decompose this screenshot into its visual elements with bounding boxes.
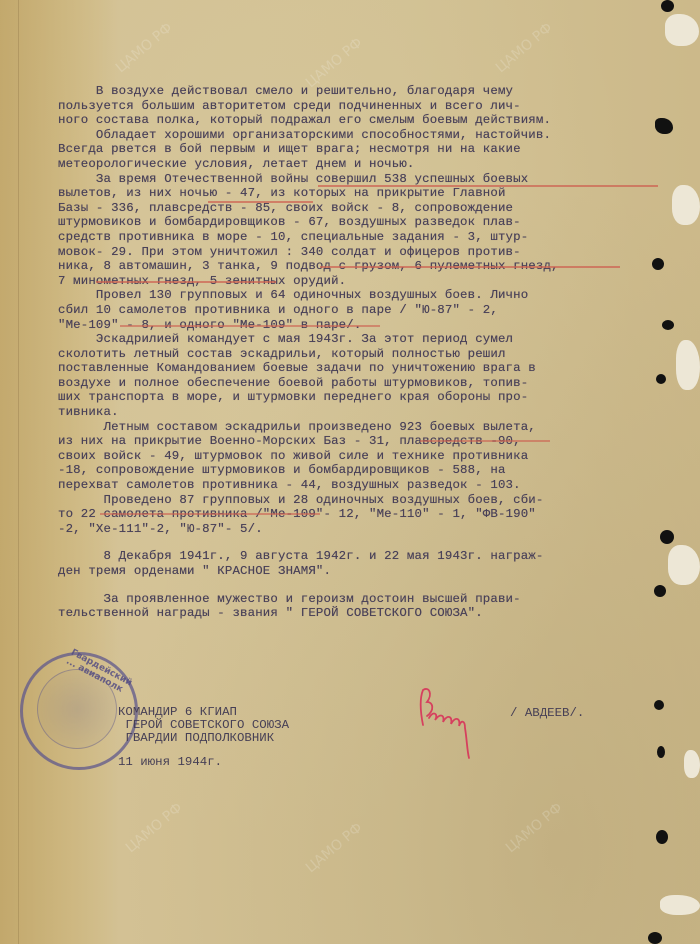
paragraph-squadron-results: Летным составом эскадрильи произведено 9…	[58, 420, 698, 537]
red-underline	[96, 281, 276, 283]
text-line: -2, "Хе-111"-2, "Ю-87"- 5/.	[58, 522, 698, 537]
punch-hole	[648, 932, 662, 944]
red-underline	[208, 201, 313, 203]
text-line: Всегда рвется в бой первым и ищет врага;…	[58, 142, 698, 157]
text-line: За проявленное мужество и героизм достои…	[58, 592, 698, 607]
text-line: ден тремя орденами " КРАСНОЕ ЗНАМЯ".	[58, 564, 698, 579]
red-underline	[318, 185, 658, 187]
signer-name: / АВДЕЕВ/.	[510, 706, 584, 720]
punch-hole	[654, 700, 664, 710]
paragraph-conduct: В воздухе действовал смело и решительно,…	[58, 84, 698, 172]
handwritten-signature	[415, 680, 495, 760]
text-line: вылетов, из них ночью - 47, из которых н…	[58, 186, 698, 201]
text-line: своих войск - 49, штурмовок по живой сил…	[58, 449, 698, 464]
paragraph-recommendation: За проявленное мужество и героизм достои…	[58, 592, 698, 621]
text-line: Эскадрилией командует с мая 1943г. За эт…	[58, 332, 698, 347]
text-line: Проведено 87 групповых и 28 одиночных во…	[58, 493, 698, 508]
text-line: В воздухе действовал смело и решительно,…	[58, 84, 698, 99]
text-line: Провел 130 групповых и 64 одиночных возд…	[58, 288, 698, 303]
text-line: поставленные Командованием боевые задачи…	[58, 361, 698, 376]
signature-block: КОМАНДИР 6 КГИАП ГЕРОЙ СОВЕТСКОГО СОЮЗА …	[118, 706, 289, 745]
red-underline	[100, 513, 320, 515]
text-line: пользуется большим авторитетом среди под…	[58, 99, 698, 114]
text-line: средств противника в море - 10, специаль…	[58, 230, 698, 245]
text-line: воздухе и полное обеспечение боевой рабо…	[58, 376, 698, 391]
text-line: тельственной награды - звания " ГЕРОЙ СО…	[58, 606, 698, 621]
text-line: из них на прикрытие Военно-Морских Баз -…	[58, 434, 698, 449]
red-underline	[420, 440, 550, 442]
document-body: В воздухе действовал смело и решительно,…	[58, 84, 698, 621]
text-line: ших транспорта в море, и штурмовки перед…	[58, 390, 698, 405]
text-line: перехват самолетов противника - 44, возд…	[58, 478, 698, 493]
paragraph-awards: 8 Декабря 1941г., 9 августа 1942г. и 22 …	[58, 549, 698, 578]
red-underline	[320, 266, 620, 268]
punch-hole	[661, 0, 674, 12]
text-line: сбил 10 самолетов противника и одного в …	[58, 303, 698, 318]
text-line: За время Отечественной войны совершил 53…	[58, 172, 698, 187]
text-line: Базы - 336, плавсредств - 85, своих войс…	[58, 201, 698, 216]
paper-tear	[665, 14, 699, 46]
text-line: сколотить летный состав эскадрильи, кото…	[58, 347, 698, 362]
text-line: Обладает хорошими организаторскими спосо…	[58, 128, 698, 143]
text-line: то 22 самолета противника /"Ме-109"- 12,…	[58, 507, 698, 522]
paragraph-squadron-command: Эскадрилией командует с мая 1943г. За эт…	[58, 332, 698, 420]
paper-fold-line	[18, 0, 19, 944]
text-line: 8 Декабря 1941г., 9 августа 1942г. и 22 …	[58, 549, 698, 564]
document-date: 11 июня 1944г.	[118, 755, 222, 769]
text-line: штурмовиков и бомбардировщиков - 67, воз…	[58, 215, 698, 230]
signer-rank: ГВАРДИИ ПОДПОЛКОВНИК	[118, 732, 289, 745]
text-line: мовок- 29. При этом уничтожил : 340 солд…	[58, 245, 698, 260]
paper-tear	[684, 750, 700, 778]
paragraph-sorties: За время Отечественной войны совершил 53…	[58, 172, 698, 289]
paper-tear	[660, 895, 700, 915]
red-underline	[120, 325, 380, 327]
text-line: тивника.	[58, 405, 698, 420]
text-line: ного состава полка, который подражал его…	[58, 113, 698, 128]
punch-hole	[656, 830, 668, 844]
text-line: Летным составом эскадрильи произведено 9…	[58, 420, 698, 435]
text-line: -18, сопровождение штурмовиков и бомбард…	[58, 463, 698, 478]
punch-hole	[657, 746, 665, 758]
text-line: метеорологические условия, летает днем и…	[58, 157, 698, 172]
